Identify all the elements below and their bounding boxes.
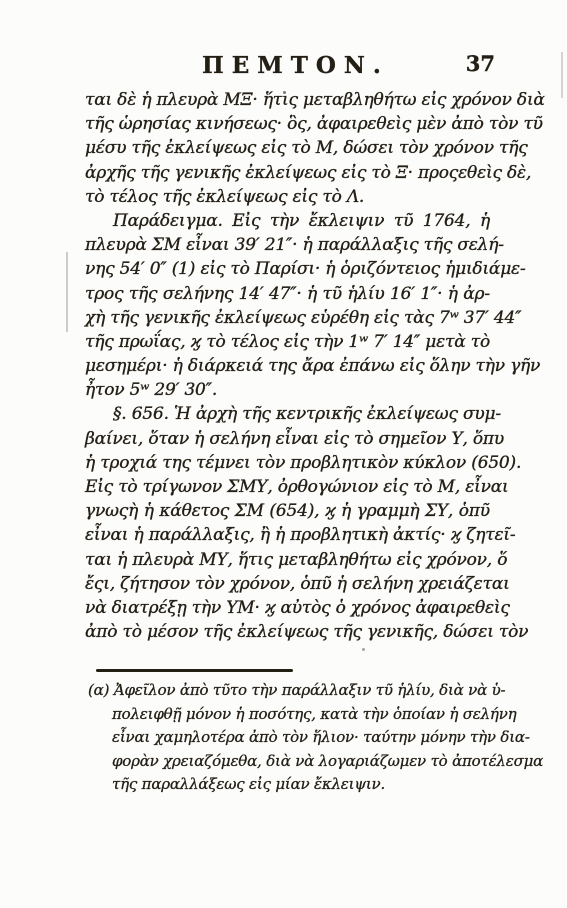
text-line: τρος τῆς σελήνης 14′ 47″· ἡ τῦ ἡλίυ 16′ …	[85, 284, 490, 308]
text-line: εἶναι ἡ παράλλαξις, ἢ ἡ προβλητικὴ ἀκτίς…	[85, 525, 490, 549]
footnote-line: εἶναι χαμηλοτέρα ἀπὸ τὸν ἥλιον· ταύτην μ…	[88, 728, 503, 752]
footnote-line: πολειφθῇ μόνον ἡ ποσότης, κατὰ τὴν ὁποία…	[88, 705, 503, 729]
body-text: ται δὲ ἡ πλευρὰ ΜΞ· ἥτις μεταβληθήτω εἰς…	[85, 90, 490, 646]
text-line: μεσημέρι· ἡ διάρκειά της ἄρα ἐπάνω εἰς ὅ…	[85, 356, 490, 380]
footnote-line: (α) Ἀφεῖλον ἀπὸ τῦτο τὴν παράλλαξιν τῦ ἡ…	[88, 681, 503, 705]
text-line: ται δὲ ἡ πλευρὰ ΜΞ· ἥτις μεταβληθήτω εἰς…	[85, 90, 490, 114]
text-line: Παράδειγμα. Εἰς τὴν ἔκλειψιν τῦ 1764, ἡ	[85, 211, 490, 235]
text-line: πλευρὰ ΣΜ εἶναι 39′ 21″· ἡ παράλλαξις τῆ…	[85, 235, 490, 259]
text-line: §. 656. Ἡ ἀρχὴ τῆς κεντρικῆς ἐκλείψεως σ…	[85, 404, 490, 428]
text-line: ἡ τροχιά της τέμνει τὸν προβλητικὸν κύκλ…	[85, 453, 490, 477]
text-line: χὴ τῆς γενικῆς ἐκλείψεως εὑρέθη εἰς τὰς …	[85, 308, 490, 332]
paragraph-section-656: §. 656. Ἡ ἀρχὴ τῆς κεντρικῆς ἐκλείψεως σ…	[85, 404, 490, 646]
text-line: νης 54′ 0″ (1) εἰς τὸ Παρίσι· ἡ ὁριζόντε…	[85, 259, 490, 283]
text-line: ἀρχῆς τῆς γενικῆς ἐκλείψεως εἰς τὸ Ξ· πρ…	[85, 163, 490, 187]
text-line: γνωςὴ ἡ κάθετος ΣΜ (654), ϗ ἡ γραμμὴ ΣΥ,…	[85, 501, 490, 525]
scan-artifact-margin-line	[66, 252, 68, 332]
footnote: (α) Ἀφεῖλον ἀπὸ τῦτο τὴν παράλλαξιν τῦ ἡ…	[88, 681, 503, 799]
text-line: μέσυ τῆς ἐκλείψεως εἰς τὸ Μ, δώσει τὸν χ…	[85, 138, 490, 162]
text-line: βαίνει, ὅταν ἡ σελήνη εἶναι εἰς τὸ σημεῖ…	[85, 429, 490, 453]
text-line: τῆς πρωΐας, ϗ τὸ τέλος εἰς τὴν 1ʷ 7′ 14″…	[85, 332, 490, 356]
scan-artifact-ink-dot	[362, 648, 365, 651]
paragraph-continuation: ται δὲ ἡ πλευρὰ ΜΞ· ἥτις μεταβληθήτω εἰς…	[85, 90, 490, 211]
text-line: τῆς ὡρησίας κινήσεως· ὃς, ἀφαιρεθεὶς μὲν…	[85, 114, 490, 138]
footnote-separator-rule	[96, 669, 293, 672]
footnote-line: τῆς παραλλάξεως εἰς μίαν ἔκλειψιν.	[88, 775, 503, 799]
text-line: νὰ διατρέξῃ τὴν ΥΜ· ϗ αὐτὸς ὁ χρόνος ἀφα…	[85, 598, 490, 622]
text-line: Εἰς τὸ τρίγωνον ΣΜΥ, ὀρθογώνιον εἰς τὸ Μ…	[85, 477, 490, 501]
text-line: ἀπὸ τὸ μέσον τῆς ἐκλείψεως τῆς γενικῆς, …	[85, 622, 490, 646]
text-line: ται ἡ πλευρὰ ΜΥ, ἥτις μεταβληθήτω εἰς χρ…	[85, 550, 490, 574]
text-line: ἔςι, ζήτησον τὸν χρόνον, ὁπῦ ἡ σελήνη χρ…	[85, 574, 490, 598]
footnote-line: φορὰν χρειαζόμεθα, διὰ νὰ λογαριάζωμεν τ…	[88, 752, 503, 776]
scan-artifact-edge-mark	[561, 52, 563, 98]
text-line: τὸ τέλος τῆς ἐκλείψεως εἰς τὸ Λ.	[85, 187, 490, 211]
page-number: 37	[425, 51, 495, 76]
book-page-scan: ΠΕΜΤΟΝ. 37 ται δὲ ἡ πλευρὰ ΜΞ· ἥτις μετα…	[0, 0, 567, 908]
text-line: ἦτον 5ʷ 29′ 30″.	[85, 380, 490, 404]
paragraph-example: Παράδειγμα. Εἰς τὴν ἔκλειψιν τῦ 1764, ἡ …	[85, 211, 490, 405]
